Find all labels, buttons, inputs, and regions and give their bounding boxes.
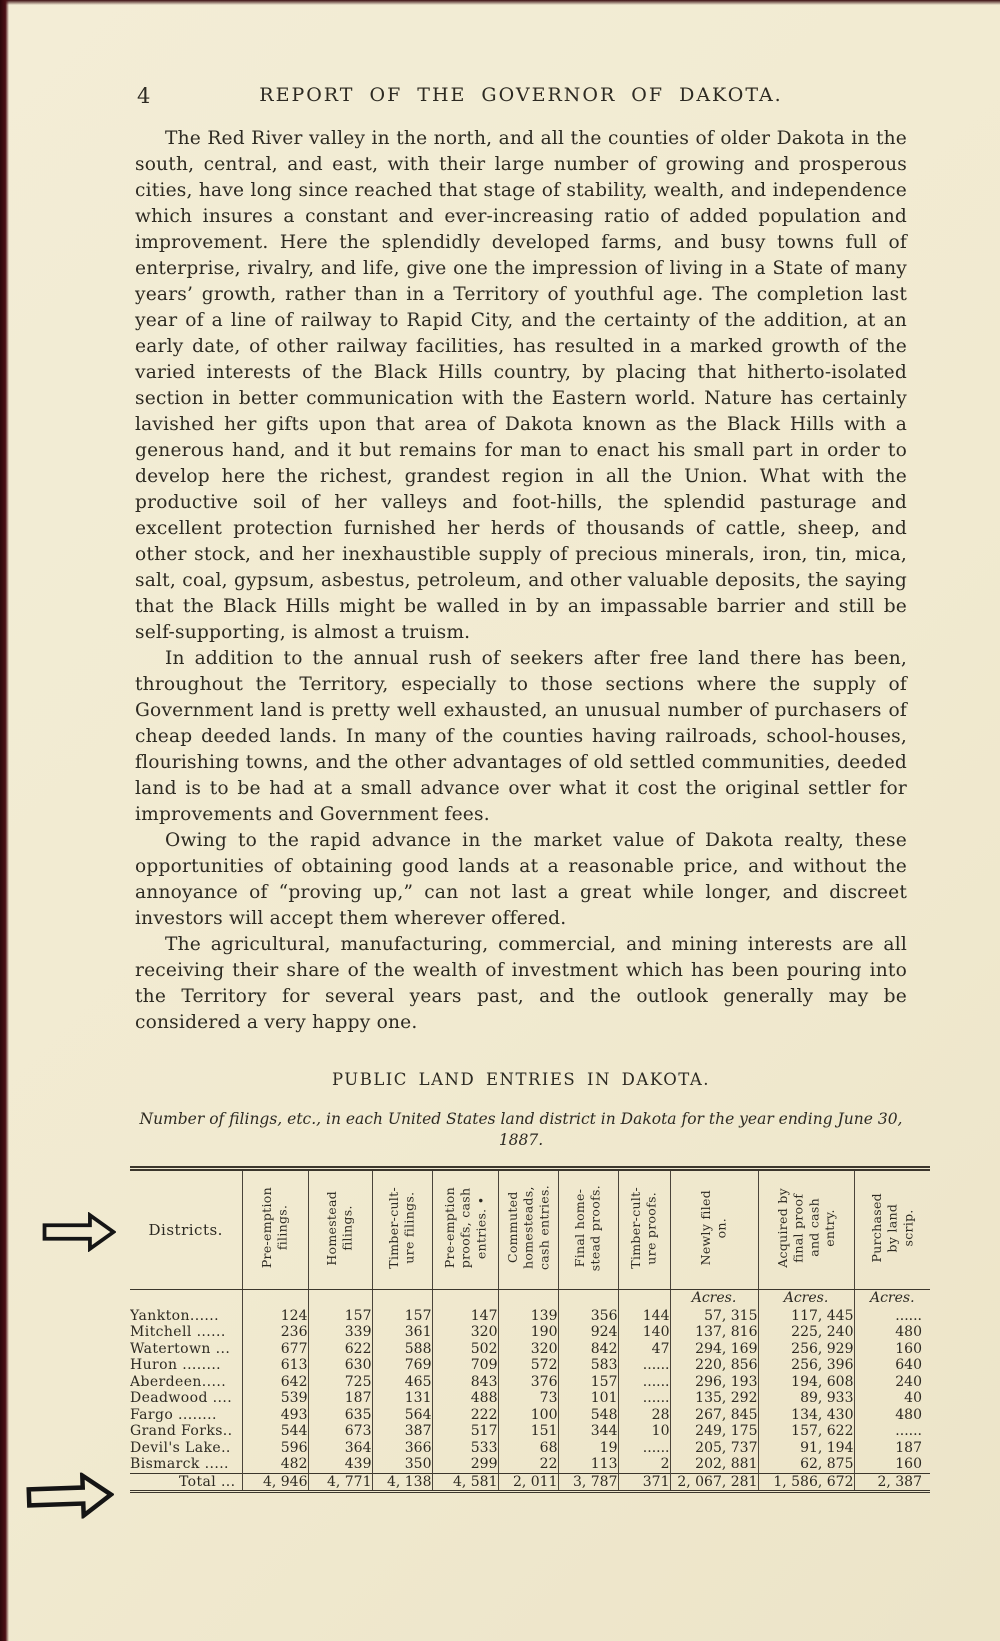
value-cell: 68 [498,1440,558,1457]
value-cell: 157 [558,1374,618,1391]
value-cell: ...... [854,1423,930,1440]
district-row: Mitchell ......236339361320190924140137,… [130,1324,930,1341]
value-cell: 583 [558,1357,618,1374]
acres-label: Acres. [670,1290,758,1308]
value-cell: ...... [618,1390,670,1407]
land-entries-table: Districts. Pre-emption filings. Homestea… [130,1166,930,1493]
value-cell: 62, 875 [758,1456,854,1473]
value-cell: 502 [432,1341,498,1358]
value-cell: 361 [372,1324,432,1341]
value-cell: 267, 845 [670,1407,758,1424]
value-cell: 256, 929 [758,1341,854,1358]
column-header: Pre-emption filings. [242,1169,308,1290]
value-cell: 344 [558,1423,618,1440]
value-cell: 240 [854,1374,930,1391]
district-row: Grand Forks..54467338751715134410249, 17… [130,1423,930,1440]
value-cell: 294, 169 [670,1341,758,1358]
total-row: Total ...4, 9464, 7714, 1384, 5812, 0113… [130,1473,930,1492]
district-row: Aberdeen.....642725465843376157......296… [130,1374,930,1391]
value-cell: 677 [242,1341,308,1358]
value-cell: 187 [308,1390,372,1407]
value-cell: ...... [618,1374,670,1391]
value-cell: ...... [618,1357,670,1374]
column-header: Newly filed on. [670,1169,758,1290]
running-title: REPORT OF THE GOVERNOR OF DAKOTA. [135,84,907,106]
value-cell: 236 [242,1324,308,1341]
value-cell: 73 [498,1390,558,1407]
acres-label: Acres. [854,1290,930,1308]
value-cell: 113 [558,1456,618,1473]
value-cell: 144 [618,1308,670,1325]
value-cell: 147 [432,1308,498,1325]
district-row: Watertown ...67762258850232084247294, 16… [130,1341,930,1358]
value-cell: 57, 315 [670,1308,758,1325]
value-cell: 299 [432,1456,498,1473]
value-cell: 157, 622 [758,1423,854,1440]
value-cell: ...... [854,1308,930,1325]
value-cell: 725 [308,1374,372,1391]
value-cell: 350 [372,1456,432,1473]
value-cell: 630 [308,1357,372,1374]
value-cell: 613 [242,1357,308,1374]
total-value-cell: 4, 138 [372,1473,432,1492]
value-cell: 493 [242,1407,308,1424]
total-value-cell: 2, 387 [854,1473,930,1492]
value-cell: 89, 933 [758,1390,854,1407]
value-cell: 387 [372,1423,432,1440]
value-cell: 564 [372,1407,432,1424]
body-paragraph-4: The agricultural, manufacturing, commerc… [135,932,907,1036]
value-cell: 548 [558,1407,618,1424]
value-cell: 100 [498,1407,558,1424]
page-number: 4 [137,84,150,108]
total-value-cell: 371 [618,1473,670,1492]
column-header: Final home- stead proofs. [558,1169,618,1290]
value-cell: 220, 856 [670,1357,758,1374]
value-cell: 190 [498,1324,558,1341]
district-cell: Huron ........ [130,1357,242,1374]
value-cell: 709 [432,1357,498,1374]
body-paragraph-2: In addition to the annual rush of seeker… [135,646,907,828]
value-cell: 187 [854,1440,930,1457]
district-cell: Devil's Lake.. [130,1440,242,1457]
value-cell: 539 [242,1390,308,1407]
table-caption: Number of filings, etc., in each United … [116,1109,926,1151]
page-binding-edge [0,0,9,1641]
value-cell: ...... [618,1440,670,1457]
value-cell: 205, 737 [670,1440,758,1457]
value-cell: 320 [498,1341,558,1358]
value-cell: 622 [308,1341,372,1358]
value-cell: 157 [308,1308,372,1325]
value-cell: 40 [854,1390,930,1407]
district-row: Yankton......12415715714713935614457, 31… [130,1308,930,1325]
page-content: 4 REPORT OF THE GOVERNOR OF DAKOTA. The … [135,84,907,1493]
value-cell: 256, 396 [758,1357,854,1374]
value-cell: 134, 430 [758,1407,854,1424]
value-cell: 10 [618,1423,670,1440]
value-cell: 769 [372,1357,432,1374]
value-cell: 533 [432,1440,498,1457]
value-cell: 480 [854,1324,930,1341]
district-row: Bismarck .....482439350299221132202, 881… [130,1456,930,1473]
value-cell: 588 [372,1341,432,1358]
total-value-cell: 4, 581 [432,1473,498,1492]
total-value-cell: 2, 067, 281 [670,1473,758,1492]
value-cell: 2 [618,1456,670,1473]
total-value-cell: 4, 946 [242,1473,308,1492]
value-cell: 356 [558,1308,618,1325]
right-arrow-icon [25,1471,115,1520]
value-cell: 47 [618,1341,670,1358]
scanned-document-page: 4 REPORT OF THE GOVERNOR OF DAKOTA. The … [0,0,1000,1641]
district-cell: Bismarck ..... [130,1456,242,1473]
district-cell: Deadwood .... [130,1390,242,1407]
value-cell: 249, 175 [670,1423,758,1440]
value-cell: 19 [558,1440,618,1457]
column-header: Acquired by final proof and cash entry. [758,1169,854,1290]
value-cell: 673 [308,1423,372,1440]
value-cell: 140 [618,1324,670,1341]
value-cell: 151 [498,1423,558,1440]
value-cell: 439 [308,1456,372,1473]
value-cell: 137, 816 [670,1324,758,1341]
value-cell: 596 [242,1440,308,1457]
value-cell: 101 [558,1390,618,1407]
total-label-cell: Total ... [130,1473,242,1492]
column-header: Timber-cult- ure proofs. [618,1169,670,1290]
value-cell: 124 [242,1308,308,1325]
district-row: Huron ........613630769709572583......22… [130,1357,930,1374]
column-header: Timber-cult- ure filings. [372,1169,432,1290]
column-header-districts: Districts. [130,1169,242,1290]
value-cell: 91, 194 [758,1440,854,1457]
page-header: 4 REPORT OF THE GOVERNOR OF DAKOTA. [135,84,907,126]
value-cell: 465 [372,1374,432,1391]
district-cell: Fargo ........ [130,1407,242,1424]
district-cell: Watertown ... [130,1341,242,1358]
body-paragraph-3: Owing to the rapid advance in the market… [135,828,907,932]
value-cell: 517 [432,1423,498,1440]
value-cell: 202, 881 [670,1456,758,1473]
value-cell: 544 [242,1423,308,1440]
value-cell: 22 [498,1456,558,1473]
column-header: Pre-emption proofs, cash entries. • [432,1169,498,1290]
right-arrow-icon [42,1212,116,1252]
value-cell: 366 [372,1440,432,1457]
value-cell: 482 [242,1456,308,1473]
value-cell: 635 [308,1407,372,1424]
value-cell: 225, 240 [758,1324,854,1341]
value-cell: 572 [498,1357,558,1374]
district-row: Deadwood ....53918713148873101......135,… [130,1390,930,1407]
acres-units-row: Acres. Acres. Acres. [130,1290,930,1308]
value-cell: 117, 445 [758,1308,854,1325]
value-cell: 139 [498,1308,558,1325]
district-cell: Yankton...... [130,1308,242,1325]
value-cell: 364 [308,1440,372,1457]
value-cell: 842 [558,1341,618,1358]
table-body: Acres. Acres. Acres. Yankton......124157… [130,1290,930,1492]
total-value-cell: 4, 771 [308,1473,372,1492]
total-value-cell: 1, 586, 672 [758,1473,854,1492]
section-heading: PUBLIC LAND ENTRIES IN DAKOTA. [135,1070,907,1089]
value-cell: 28 [618,1407,670,1424]
page-top-edge [0,0,1000,5]
district-cell: Aberdeen..... [130,1374,242,1391]
value-cell: 843 [432,1374,498,1391]
value-cell: 376 [498,1374,558,1391]
value-cell: 924 [558,1324,618,1341]
value-cell: 296, 193 [670,1374,758,1391]
value-cell: 640 [854,1357,930,1374]
district-row: Devil's Lake..5963643665336819......205,… [130,1440,930,1457]
column-header: Homestead filings. [308,1169,372,1290]
value-cell: 131 [372,1390,432,1407]
body-paragraph-1: The Red River valley in the north, and a… [135,126,907,646]
value-cell: 157 [372,1308,432,1325]
value-cell: 160 [854,1341,930,1358]
column-header: Commuted homesteads, cash entries. [498,1169,558,1290]
district-row: Fargo ........49363556422210054828267, 8… [130,1407,930,1424]
value-cell: 480 [854,1407,930,1424]
value-cell: 222 [432,1407,498,1424]
value-cell: 642 [242,1374,308,1391]
column-header: Purchased by land scrip. [854,1169,930,1290]
total-value-cell: 2, 011 [498,1473,558,1492]
district-cell: Grand Forks.. [130,1423,242,1440]
total-value-cell: 3, 787 [558,1473,618,1492]
value-cell: 320 [432,1324,498,1341]
district-cell: Mitchell ...... [130,1324,242,1341]
value-cell: 194, 608 [758,1374,854,1391]
value-cell: 135, 292 [670,1390,758,1407]
table-header-row: Districts. Pre-emption filings. Homestea… [130,1169,930,1290]
value-cell: 488 [432,1390,498,1407]
value-cell: 339 [308,1324,372,1341]
acres-label: Acres. [758,1290,854,1308]
value-cell: 160 [854,1456,930,1473]
